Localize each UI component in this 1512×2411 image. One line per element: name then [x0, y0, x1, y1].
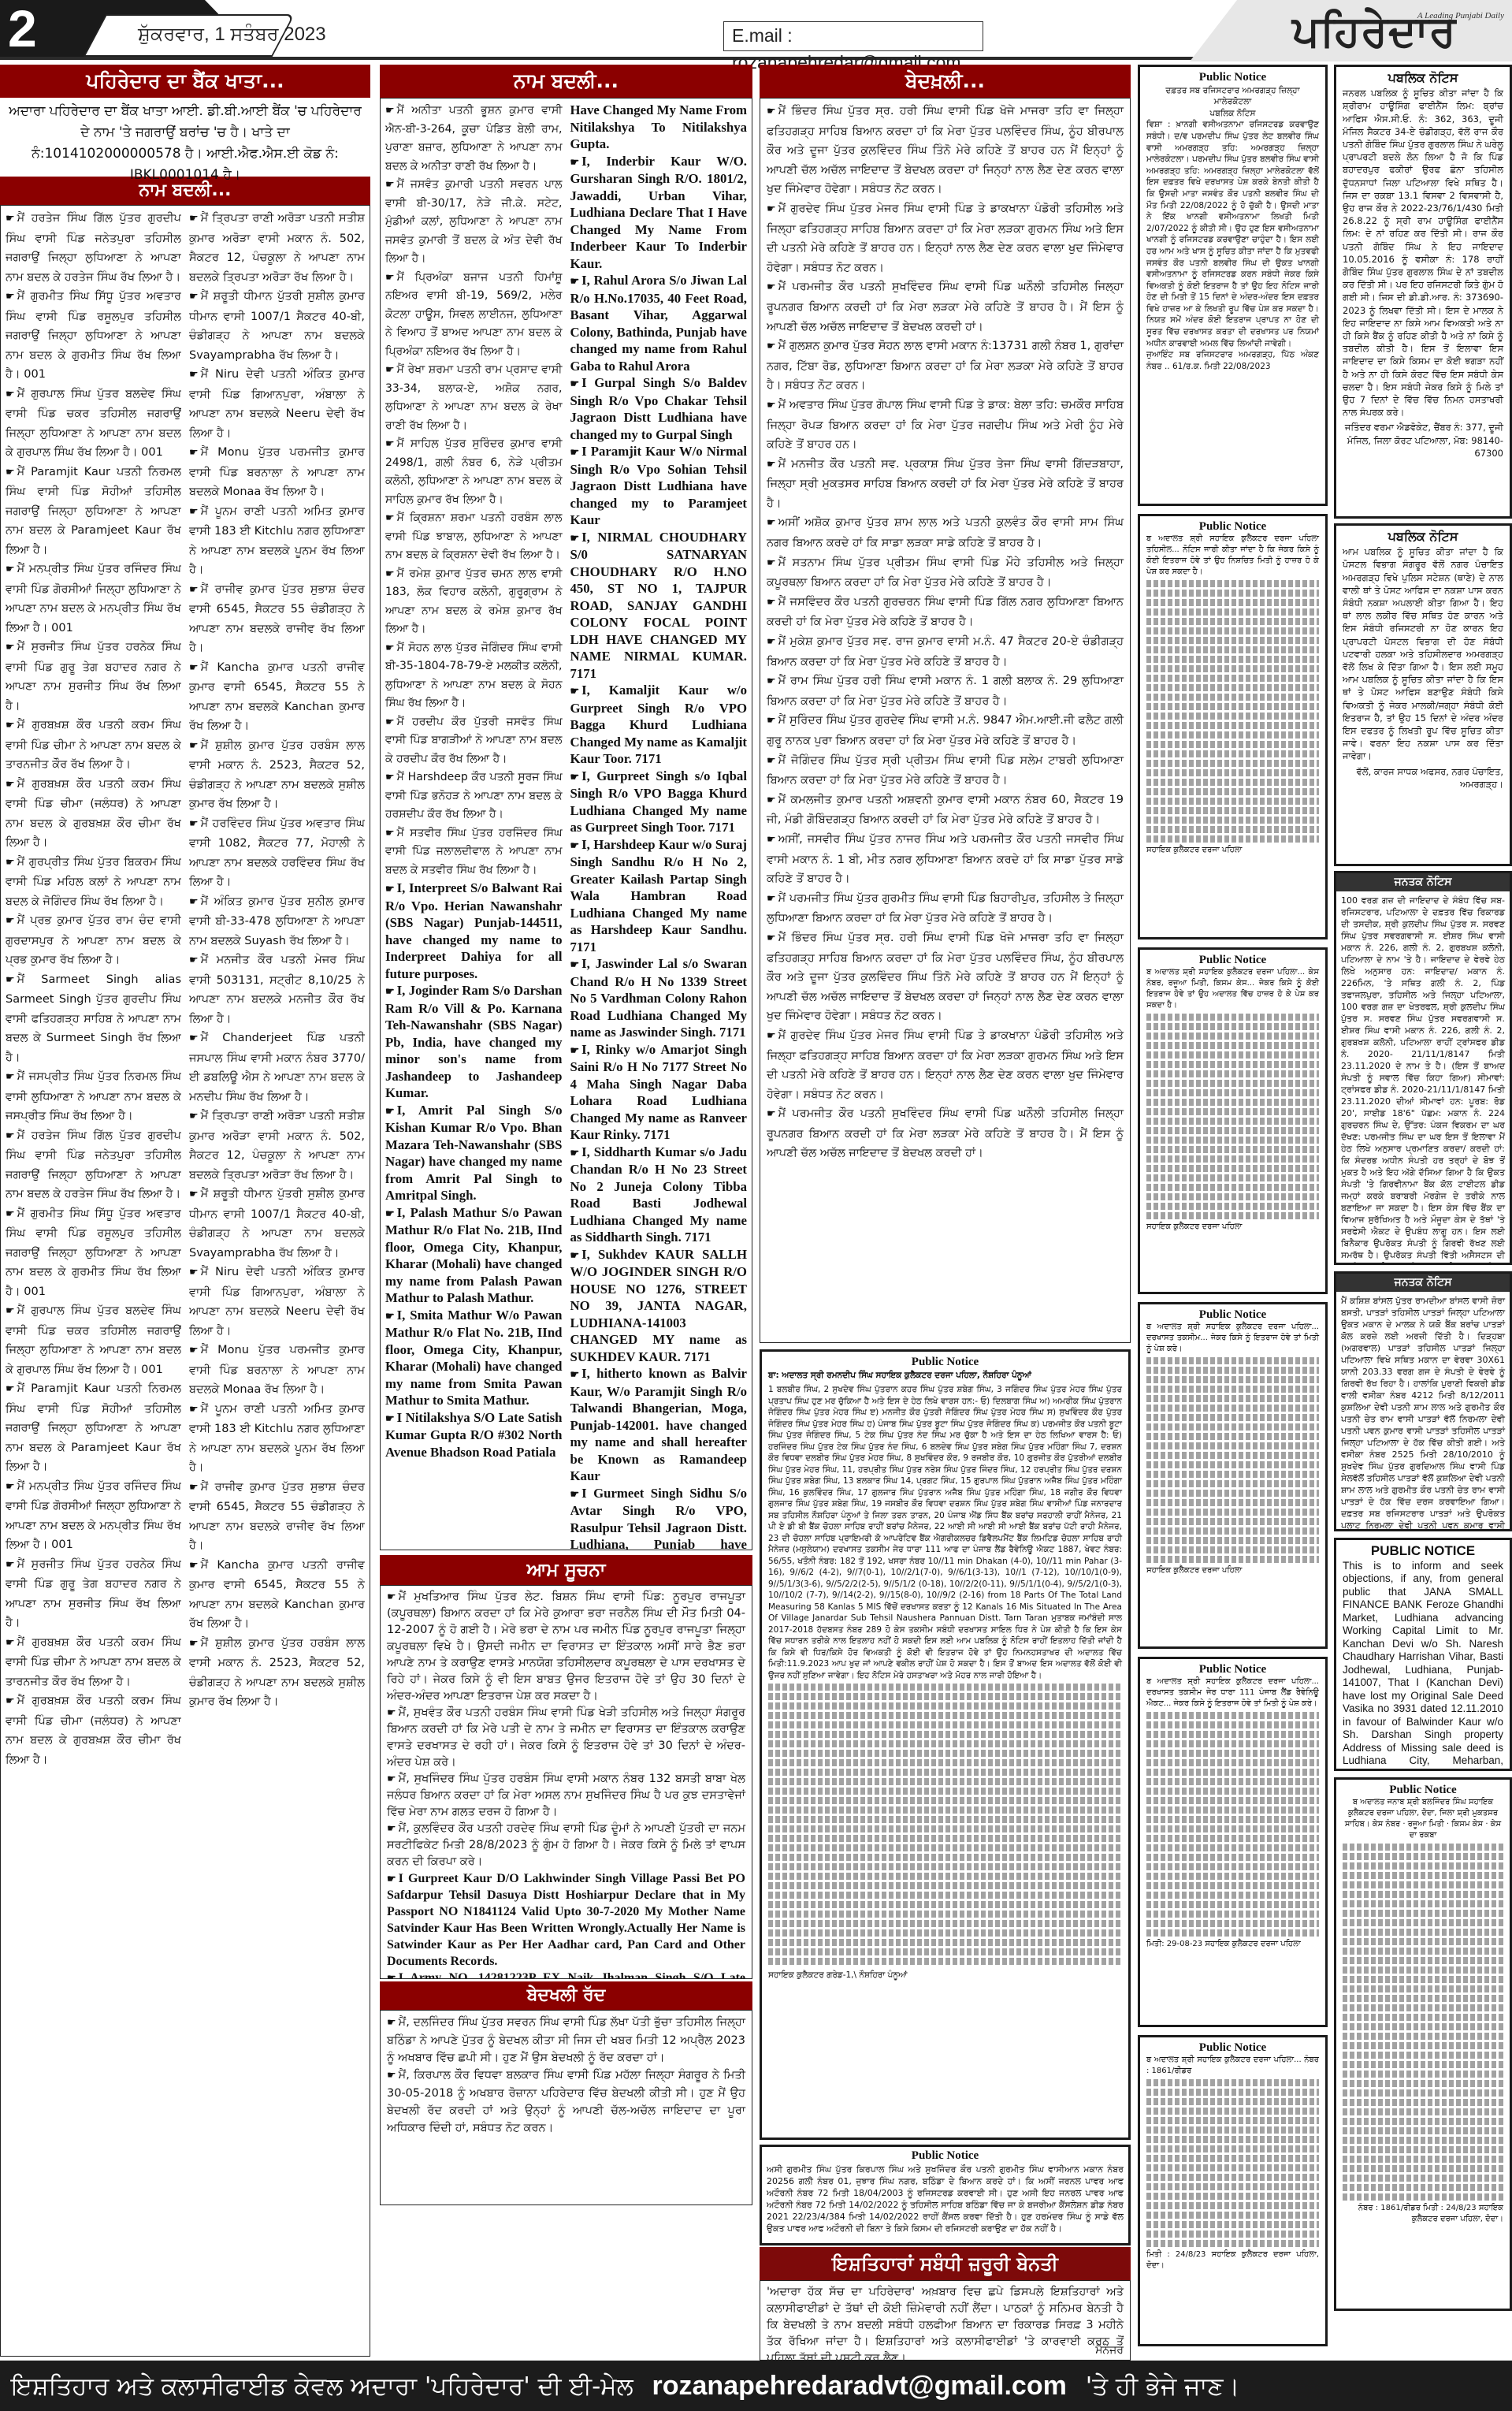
notice-title: PUBLIC NOTICE — [1343, 1545, 1503, 1558]
pointing-hand-icon: ☛ — [189, 369, 199, 381]
pointing-hand-icon: ☛ — [385, 272, 395, 284]
pointing-hand-icon: ☛ — [767, 203, 776, 215]
ads-request-body: 'ਅਦਾਰਾ ਹੱਕ ਸੱਚ ਦਾ ਪਹਿਰੇਦਾਰ' ਅਖ਼ਬਾਰ ਵਿਚ ਛ… — [767, 2284, 1124, 2361]
list-item: ☛ਮੈਂ Paramjit Kaur ਪਤਨੀ ਨਿਰਮਲ ਸਿੰਘ ਵਾਸੀ … — [6, 1379, 181, 1477]
ads-email-link[interactable]: rozanapehredaradvt@gmail.com — [652, 2371, 1067, 2401]
pointing-hand-icon: ☛ — [189, 662, 199, 674]
list-item: ☛ਮੈਂ ਗੁਰਪਾਲ ਸਿੰਘ ਪੁੱਤਰ ਬਲਦੇਵ ਸਿੰਘ ਵਾਸੀ ਪ… — [6, 385, 181, 463]
list-item: ☛ਮੈਂ ਸਤਨਾਮ ਸਿੰਘ ਪੁੱਤਰ ਪ੍ਰੀਤਮ ਸਿੰਘ ਵਾਸੀ ਪ… — [767, 553, 1124, 593]
name-change-center-box: ☛ਮੈਂ ਅਨੀਤਾ ਪਤਨੀ ਭੂਸ਼ਨ ਕੁਮਾਰ ਵਾਸੀ ਐਨ-ਬੀ-3… — [380, 98, 752, 1550]
list-item: ☛ਮੈਂ ਪ੍ਰਭ ਕੁਮਾਰ ਪੁੱਤਰ ਰਾਮ ਚੰਦ ਵਾਸੀ ਗੁਰਦਾ… — [6, 911, 181, 970]
pointing-hand-icon: ☛ — [6, 1071, 15, 1083]
list-item: ☛I, Inderbir Kaur W/O. Gursharan Singh R… — [570, 153, 748, 273]
notice-title: ਪਬਲਿਕ ਨੋਟਿਸ — [1343, 530, 1503, 543]
pointing-hand-icon: ☛ — [189, 1404, 199, 1416]
notice-subtitle-2: ਪਬਲਿਕ ਨੋਟਿਸ — [1146, 108, 1319, 120]
list-item: ☛ਮੈਂ ਸ਼ਰੂਤੀ ਧੀਮਾਨ ਪੁੱਤਰੀ ਸੁਸ਼ੀਲ ਕੁਮਾਰ ਧੀ… — [189, 1185, 365, 1263]
notice-title: Public Notice — [1146, 1309, 1319, 1320]
list-item: ☛ਮੈਂ Sarmeet Singh alias Sarmeet Singh ਪ… — [6, 970, 181, 1068]
pointing-hand-icon: ☛ — [570, 1044, 580, 1056]
pointing-hand-icon: ☛ — [6, 1305, 15, 1317]
pointing-hand-icon: ☛ — [6, 1637, 15, 1649]
list-item: ☛ਮੈਂ ਗੁਰਪਾਲ ਸਿੰਘ ਪੁੱਤਰ ਬਲਦੇਵ ਸਿੰਘ ਵਾਸੀ ਪ… — [6, 1301, 181, 1379]
center-column: ਨਾਮ ਬਦਲੀ... ☛ਮੈਂ ਅਨੀਤਾ ਪਤਨੀ ਭੂਸ਼ਨ ਕੁਮਾਰ … — [380, 65, 752, 2205]
list-item: ☛I, Gurpreet Singh s/o Iqbal Singh R/o V… — [570, 768, 748, 836]
pointing-hand-icon: ☛ — [570, 771, 580, 783]
notice-subtitle: ਦਫ਼ਤਰ ਸਬ ਰਜਿਸਟਰਾਰ ਅਮਰਗੜ੍ਹ ਜ਼ਿਲ੍ਹਾ ਮਾਲੇਰਕ… — [1146, 85, 1319, 108]
notice-title: Public Notice — [1146, 72, 1319, 84]
pointing-hand-icon: ☛ — [6, 642, 15, 653]
notice-title: Public Notice — [1146, 521, 1319, 532]
disown-cancel-box: ☛ਮੈਂ, ਦਲਜਿੰਦਰ ਸਿੰਘ ਪੁੱਤਰ ਸਵਰਨ ਸਿੰਘ ਵਾਸੀ … — [380, 2010, 752, 2205]
pointing-hand-icon: ☛ — [385, 716, 395, 728]
list-item: ☛ਮੈਂ ਰਾਜੀਵ ਕੁਮਾਰ ਪੁੱਤਰ ਸੁਭਾਸ਼ ਚੰਦਰ ਵਾਸੀ … — [189, 580, 365, 658]
name-change-left-box: ☛ਮੈਂ ਹਰਤੇਜ ਸਿੰਘ ਗਿੱਲ ਪੁੱਤਰ ਗੁਰਦੀਪ ਸਿੰਘ ਵ… — [0, 205, 370, 2357]
list-item: ☛ਮੈਂ ਜਸਵੰਤ ਕੁਮਾਰੀ ਪਤਨੀ ਸਵਰਨ ਪਾਲ ਵਾਸੀ ਬੀ-… — [385, 176, 563, 269]
notice-signature: ਜੁਆਇੰਟ ਸਬ ਰਜਿਸਟਰਾਰ ਅਮਰਗੜ੍ਹ, ਪਿੱਠ ਅੰਕਣ ਨੰ… — [1146, 349, 1319, 372]
list-item: ☛ਮੈਂ Kancha ਕੁਮਾਰ ਪਤਨੀ ਰਾਜੀਵ ਕੁਮਾਰ ਵਾਸੀ … — [189, 658, 365, 736]
list-item: ☛ਮੈਂ ਕ੍ਰਿਸ਼ਨਾ ਸ਼ਰਮਾ ਪਤਨੀ ਹਰਬੰਸ ਲਾਲ ਵਾਸੀ … — [385, 509, 563, 565]
list-item: ☛ਮੈਂ Harshdeep ਕੌਰ ਪਤਨੀ ਸੂਰਜ ਸਿੰਘ ਵਾਸੀ ਪ… — [385, 768, 563, 824]
pointing-hand-icon: ☛ — [6, 1208, 15, 1220]
masthead: 2 ਸ਼ੁੱਕਰਵਾਰ, 1 ਸਤੰਬਰ 2023 E.mail : rozan… — [0, 0, 1512, 61]
list-item: ☛ਮੈਂ ਅੰਕਿਤ ਕੁਮਾਰ ਪੁੱਤਰ ਸੁਨੀਲ ਕੁਮਾਰ ਵਾਸੀ … — [189, 892, 365, 951]
masthead-rule — [0, 57, 1229, 60]
list-item: ☛ਮੈਂ ਪਰਮਜੀਤ ਕੌਰ ਪਤਨੀ ਸੁਖਵਿੰਦਰ ਸਿੰਘ ਵਾਸੀ … — [767, 277, 1124, 337]
pointing-hand-icon: ☛ — [189, 1267, 199, 1278]
pointing-hand-icon: ☛ — [189, 818, 199, 830]
list-item: ☛I, Palash Mathur S/o Pawan Mathur R/o F… — [385, 1204, 563, 1307]
notices-column-5: ਪਬਲਿਕ ਨੋਟਿਸ ਜਨਰਲ ਪਬਲਿਕ ਨੂੰ ਸੂਚਿਤ ਕੀਤਾ ਜਾ… — [1334, 65, 1512, 2311]
list-item: ☛ਮੈਂ ਜਸਪ੍ਰੀਤ ਸਿੰਘ ਪੁੱਤਰ ਨਿਰਮਲ ਸਿੰਘ ਵਾਸੀ … — [6, 1067, 181, 1126]
disown-cancel-heading: ਬੇਦਖਲੀ ਰੱਦ — [380, 1981, 752, 2010]
name-change-center-col2: Have Changed My Name From Nitilakshya To… — [570, 102, 748, 1550]
footer-text-after: 'ਤੇ ਹੀ ਭੇਜੇ ਜਾਣ। — [1086, 2372, 1240, 2401]
pointing-hand-icon: ☛ — [387, 1823, 396, 1835]
pointing-hand-icon: ☛ — [6, 720, 15, 731]
list-item: ☛ਮੈਂ ਮਨਪ੍ਰੀਤ ਸਿੰਘ ਪੁੱਤਰ ਰਜਿੰਦਰ ਸਿੰਘ ਵਾਸੀ… — [6, 560, 181, 638]
list-item: ☛ਮੈਂ ਮਨਜੀਤ ਕੌਰ ਪਤਨੀ ਮੇਜਰ ਸਿੰਘ ਵਾਸੀ 50313… — [189, 951, 365, 1029]
list-item: ☛I, NIRMAL CHOUDHARY S/0 SATNARYAN CHOUD… — [570, 529, 748, 683]
bank-account-text: ਅਦਾਰਾ ਪਹਿਰੇਦਾਰ ਦਾ ਬੈਂਕ ਖਾਤਾ ਆਈ. ਡੀ.ਬੀ.ਆਈ… — [0, 98, 370, 177]
notice-body: This is to inform and seek objections, i… — [1343, 1560, 1503, 1772]
list-item: ☛ਮੈਂ ਗੁਰਬਖ਼ਸ਼ ਕੌਰ ਪਤਨੀ ਕਰਮ ਸਿੰਘ ਵਾਸੀ ਪਿੰ… — [6, 716, 181, 775]
footer-banner: ਇਸ਼ਤਿਹਾਰ ਅਤੇ ਕਲਾਸੀਫਾਈਡ ਕੇਵਲ ਅਦਾਰਾ 'ਪਹਿਰੇ… — [0, 2361, 1512, 2411]
list-item: ☛I Nitilakshya S/O Late Satish Kumar Gup… — [385, 1409, 563, 1461]
pointing-hand-icon: ☛ — [385, 438, 395, 450]
list-item: ☛I Paramjit Kaur W/o Nirmal Singh R/o Vp… — [570, 443, 748, 529]
pointing-hand-icon: ☛ — [6, 1130, 15, 1142]
list-item: ☛ਮੈਂ ਤ੍ਰਿਪਤਾ ਰਾਣੀ ਅਰੋੜਾ ਪਤਨੀ ਸਤੀਸ਼ ਕੁਮਾਰ… — [189, 209, 365, 287]
list-item: ☛ਮੈਂ ਪੂਨਮ ਰਾਣੀ ਪਤਨੀ ਅਮਿਤ ਕੁਮਾਰ ਵਾਸੀ 183 … — [189, 1400, 365, 1478]
notice-signature: ਮਿਤੀ: 29-08-23 ਸਹਾਇਕ ਕੁਲੈਕਟਰ ਦਰਜਾ ਪਹਿਲਾ — [1146, 1939, 1319, 1950]
notices-column-4: Public Notice ਦਫ਼ਤਰ ਸਬ ਰਜਿਸਟਰਾਰ ਅਮਰਗੜ੍ਹ … — [1138, 65, 1328, 2346]
pointing-hand-icon: ☛ — [189, 291, 199, 303]
general-notice-heading: ਆਮ ਸੂਚਨਾ — [380, 1555, 752, 1585]
pointing-hand-icon: ☛ — [767, 794, 776, 806]
notice-title: Public Notice — [1146, 2042, 1319, 2053]
list-item: ☛ਮੈਂ ਜਸਵਿੰਦਰ ਕੌਰ ਪਤਨੀ ਗੁਰਚਰਨ ਸਿੰਘ ਵਾਸੀ ਪ… — [767, 593, 1124, 632]
list-item: ☛I Gurpal Singh S/o Baldev Singh R/o Vpo… — [570, 374, 748, 443]
pointing-hand-icon: ☛ — [6, 1695, 15, 1707]
list-item: ☛ਮੈਂ ਮਨਜੀਤ ਕੌਰ ਪਤਨੀ ਸਵ. ਪ੍ਰਕਾਸ਼ ਸਿੰਘ ਪੁੱ… — [767, 455, 1124, 514]
pointing-hand-icon: ☛ — [385, 772, 395, 783]
notice-body: ਆਮ ਪਬਲਿਕ ਨੂੰ ਸੂਚਿਤ ਕੀਤਾ ਜਾਂਦਾ ਹੈ ਕਿ ਪੋਸਟ… — [1343, 545, 1503, 762]
pointing-hand-icon: ☛ — [767, 340, 776, 352]
pointing-hand-icon: ☛ — [387, 1773, 396, 1785]
pointing-hand-icon: ☛ — [570, 1249, 580, 1261]
notice-body: 1 ਬਲਬੀਰ ਸਿੰਘ, 2 ਸੁਖਦੇਵ ਸਿੰਘ ਪੁੱਤਰਾਨ ਕਹਰ … — [768, 1384, 1122, 1681]
list-item: ☛ਮੈਂ ਹਰਦੀਪ ਕੌਰ ਪੁੱਤਰੀ ਜਸਵੰਤ ਸਿੰਘ ਵਾਸੀ ਪਿ… — [385, 713, 563, 769]
pointing-hand-icon: ☛ — [767, 281, 776, 293]
public-notice-3: Public Notice ਬ ਅਦਾਲਤ ਸ਼੍ਰੀ ਸਹਾਇਕ ਕੁਲੈਕਟ… — [1138, 947, 1328, 1294]
power-of-attorney-notice: Public Notice ਅਸੀ ਗੁਰਮੀਤ ਸਿੰਘ ਪੁੱਤਰ ਕਿਰਪ… — [760, 2145, 1131, 2245]
disown-box: ☛ਮੈਂ ਭਿੰਦਰ ਸਿੰਘ ਪੁੱਤਰ ਸ੍ਰ. ਹਰੀ ਸਿੰਘ ਵਾਸੀ… — [760, 98, 1131, 1343]
notice-title: Public Notice — [1146, 954, 1319, 966]
notice-signature: ਮਿਤੀ : 24/8/23 ਸਹਾਇਕ ਕੁਲੈਕਟਰ ਦਰਜਾ ਪਹਿਲਾ,… — [1146, 2249, 1319, 2271]
pointing-hand-icon: ☛ — [767, 597, 776, 608]
list-item: ☛ਮੈਂ ਹਰਤੇਜ ਸਿੰਘ ਗਿੱਲ ਪੁੱਤਰ ਗੁਰਦੀਪ ਸਿੰਘ ਵ… — [6, 209, 181, 287]
pointing-hand-icon: ☛ — [767, 755, 776, 767]
list-item: ☛ਮੈਂ ਤ੍ਰਿਪਤਾ ਰਾਣੀ ਅਰੋੜਾ ਪਤਨੀ ਸਤੀਸ਼ ਕੁਮਾਰ… — [189, 1107, 365, 1185]
list-item: ☛ਮੈਂ, ਦਲਜਿੰਦਰ ਸਿੰਘ ਪੁੱਤਰ ਸਵਰਨ ਸਿੰਘ ਵਾਸੀ … — [387, 2014, 745, 2067]
list-item: ☛ਮੈਂ Monu ਪੁੱਤਰ ਪਰਮਜੀਤ ਕੁਮਾਰ ਵਾਸੀ ਪਿੰਡ ਬ… — [189, 1341, 365, 1400]
list-item: ☛ਮੈਂ ਸ਼ੁਸ਼ੀਲ ਕੁਮਾਰ ਪੁੱਤਰ ਹਰਬੰਸ ਲਾਲ ਵਾਸੀ … — [189, 736, 365, 814]
list-item: ☛ਮੈਂ ਗੁਰਬਖ਼ਸ਼ ਕੌਰ ਪਤਨੀ ਕਰਮ ਸਿੰਘ ਵਾਸੀ ਪਿੰ… — [6, 1633, 181, 1692]
ads-request-box: 'ਅਦਾਰਾ ਹੱਕ ਸੱਚ ਦਾ ਪਹਿਰੇਦਾਰ' ਅਖ਼ਬਾਰ ਵਿਚ ਛ… — [760, 2280, 1131, 2361]
pointing-hand-icon: ☛ — [6, 291, 15, 303]
list-item: ☛ਮੈਂ ਪਰਮਜੀਤ ਸਿੰਘ ਪੁੱਤਰ ਗੁਰਮੀਤ ਸਿੰਘ ਵਾਸੀ … — [767, 889, 1124, 928]
name-change-center-col1: ☛ਮੈਂ ਅਨੀਤਾ ਪਤਨੀ ਭੂਸ਼ਨ ਕੁਮਾਰ ਵਾਸੀ ਐਨ-ਬੀ-3… — [385, 102, 563, 1550]
notice-signature: ਵੱਲੋਂ, ਕਾਰਜ ਸਾਧਕ ਅਫਸਰ, ਨਗਰ ਪੰਚਾਇਤ, ਅਮਰਗੜ… — [1343, 765, 1503, 791]
list-item: ☛I, hitherto known as Balvir Kaur, W/o P… — [570, 1365, 748, 1485]
list-item: ☛ਮੈਂ ਭਿੰਦਰ ਸਿੰਘ ਪੁੱਤਰ ਸ੍ਰ. ਹਰੀ ਸਿੰਘ ਵਾਸੀ… — [767, 102, 1124, 199]
list-item: ☛ਮੈਂ ਰਮੇਸ਼ ਕੁਮਾਰ ਪੁੱਤਰ ਚਮਨ ਲਾਲ ਵਾਸੀ 183,… — [385, 565, 563, 639]
notice-title: Public Notice — [1146, 1664, 1319, 1675]
notice-header: ਬਾ: ਅਦਾਲਤ ਸ੍ਰੀ ਰਮਨਦੀਪ ਸਿੰਘ ਸਹਾਇਕ ਕੁਲੈਕਟਰ… — [768, 1370, 1122, 1382]
notice-body: ਵਿਸ਼ਾ : ਖ਼ਾਨਗੀ ਵਸੀਅਤਨਾਮਾ ਰਜਿਸਟਰਡ ਕਰਵਾਉਣ … — [1146, 119, 1319, 349]
pointing-hand-icon: ☛ — [189, 213, 199, 225]
page-number: 2 — [8, 2, 37, 55]
pointing-hand-icon: ☛ — [6, 389, 15, 400]
pointing-hand-icon: ☛ — [570, 1147, 580, 1159]
pointing-hand-icon: ☛ — [767, 106, 776, 117]
list-item: ☛I, Sukhdev KAUR SALLH W/O JOGINDER SING… — [570, 1246, 748, 1366]
general-notice-box: ☛ਮੈਂ ਮੁਖਤਿਆਰ ਸਿੰਘ ਪੁੱਤਰ ਲੇਟ. ਬਿਸ਼ਨ ਸਿੰਘ … — [380, 1585, 752, 1979]
public-notice-lost-sale-deed-patran: ਜਨਤਕ ਨੋਟਿਸ ਮੈਂ ਕਸ਼ਿਸ਼ ਬਾਂਸਲ ਪੁੱਤਰ ਰਾਮਦੀਆ… — [1334, 1271, 1512, 1531]
editorial-email[interactable]: E.mail : rozanapehredar@gmail.com — [723, 21, 983, 51]
notice-body: ਜਨਰਲ ਪਬਲਿਕ ਨੂੰ ਸੂਚਿਤ ਕੀਤਾ ਜਾਂਦਾ ਹੈ ਕਿ ਸ਼… — [1343, 87, 1503, 419]
list-item: ☛I, Kamaljit Kaur w/o Gurpreet Singh R/o… — [570, 682, 748, 768]
pointing-hand-icon: ☛ — [385, 642, 395, 654]
pointing-hand-icon: ☛ — [189, 896, 199, 908]
pointing-hand-icon: ☛ — [189, 1345, 199, 1356]
pointing-hand-icon: ☛ — [387, 1873, 396, 1885]
list-item: ☛ਮੈਂ ਪ੍ਰਿਅੰਕਾ ਬਜਾਜ ਪਤਨੀ ਹਿਮਾਂਸ਼ੂ ਨਇਅਰ ਵਾ… — [385, 269, 563, 362]
notice-body: ਅਸੀ ਗੁਰਮੀਤ ਸਿੰਘ ਪੁੱਤਰ ਕਿਰਪਾਲ ਸਿੰਘ ਅਤੇ ਸੁ… — [767, 2164, 1124, 2234]
list-item: ☛ਮੈਂ ਸੁਰਜੀਤ ਸਿੰਘ ਪੁੱਤਰ ਹਰਨੇਕ ਸਿੰਘ ਵਾਸੀ ਪ… — [6, 1555, 181, 1633]
pointing-hand-icon: ☛ — [189, 1111, 199, 1122]
list-item: ☛ਮੈਂ ਕਮਲਜੀਤ ਕੁਮਾਰ ਪਤਨੀ ਅਸ਼ਵਨੀ ਕੁਮਾਰ ਵਾਸੀ… — [767, 791, 1124, 830]
footer-text-before: ਇਸ਼ਤਿਹਾਰ ਅਤੇ ਕਲਾਸੀਫਾਈਡ ਕੇਵਲ ਅਦਾਰਾ 'ਪਹਿਰੇ… — [11, 2372, 633, 2401]
pointing-hand-icon: ☛ — [767, 636, 776, 648]
pbl-notice-postal-dept: ਪਬਲਿਕ ਨੋਟਿਸ ਆਮ ਪਬਲਿਕ ਨੂੰ ਸੂਚਿਤ ਕੀਤਾ ਜਾਂਦ… — [1334, 523, 1512, 866]
list-item: ☛ਮੈਂ Chanderjeet ਪਿੰਡ ਪਤਨੀ ਜਸਪਾਲ ਸਿੰਘ ਵਾ… — [189, 1029, 365, 1107]
bank-account-heading: ਪਹਿਰੇਦਾਰ ਦਾ ਬੈਂਕ ਖਾਤਾ... — [0, 65, 370, 98]
list-item: ☛ਮੈਂ Niru ਦੇਵੀ ਪਤਨੀ ਅੰਕਿਤ ਕੁਮਾਰ ਵਾਸੀ ਪਿੰ… — [189, 365, 365, 443]
list-item: ☛ਮੈਂ ਸੁਰਜੀਤ ਸਿੰਘ ਪੁੱਤਰ ਹਰਨੇਕ ਸਿੰਘ ਵਾਸੀ ਪ… — [6, 638, 181, 716]
notice-body: ਮੈਂ ਕਸ਼ਿਸ਼ ਬਾਂਸਲ ਪੁੱਤਰ ਰਾਮਦੀਆ ਬਾਂਸਲ ਵਾਸੀ… — [1336, 1292, 1510, 1531]
public-notice-5: Public Notice ਬ ਅਦਾਲਤ ਸ਼੍ਰੀ ਸਹਾਇਕ ਕੁਲੈਕਟ… — [1138, 1657, 1328, 2027]
notice-signature: ਸਹਾਇਕ ਕੁਲੈਕਟਰ ਦਰਜਾ ਪਹਿਲਾ — [1146, 1565, 1319, 1576]
pointing-hand-icon: ☛ — [385, 105, 395, 117]
pointing-hand-icon: ☛ — [385, 568, 395, 580]
pointing-hand-icon: ☛ — [767, 1108, 776, 1120]
public-notice-6: Public Notice ਬ ਅਦਾਲਤ ਸ਼੍ਰੀ ਸਹਾਇਕ ਕੁਲੈਕਟ… — [1138, 2035, 1328, 2346]
notice-body: 100 ਵਰਗ ਗਜ਼ ਦੀ ਜਾਇਦਾਦ ਦੇ ਸੰਬੰਧ ਵਿੱਚ ਸਬ-ਰ… — [1336, 891, 1510, 1265]
notice-title: Public Notice — [768, 1356, 1122, 1368]
pointing-hand-icon: ☛ — [6, 779, 15, 791]
pointing-hand-icon: ☛ — [189, 954, 199, 966]
list-item: ☛ਅਸੀਂ, ਜਸਵੀਰ ਸਿੰਘ ਪੁੱਤਰ ਨਾਜਰ ਸਿੰਘ ਅਤੇ ਪਰ… — [767, 830, 1124, 889]
list-item: ☛ਮੈਂ ਹਰਵਿੰਦਰ ਸਿੰਘ ਪੁੱਤਰ ਅਵਤਾਰ ਸਿੰਘ ਵਾਸੀ … — [189, 814, 365, 892]
public-notice-4: Public Notice ਬ ਅਦਾਲਤ ਸ਼੍ਰੀ ਸਹਾਇਕ ਕੁਲੈਕਟ… — [1138, 1302, 1328, 1649]
notice-title: Public Notice — [767, 2150, 1124, 2162]
pointing-hand-icon: ☛ — [767, 557, 776, 569]
notice-title: ਜਨਤਕ ਨੋਟਿਸ — [1336, 873, 1510, 891]
notice-title: ਪਬਲਿਕ ਨੋਟਿਸ — [1343, 72, 1503, 84]
left-column: ਪਹਿਰੇਦਾਰ ਦਾ ਬੈਂਕ ਖਾਤਾ... ਅਦਾਰਾ ਪਹਿਰੇਦਾਰ … — [0, 65, 370, 2357]
list-item: ☛I, Amrit Pal Singh S/o Kishan Kumar R/o… — [385, 1102, 563, 1204]
pointing-hand-icon: ☛ — [387, 1972, 396, 1979]
list-item: ☛ਮੈਂ, ਕੁਲਵਿੰਦਰ ਕੌਰ ਪਤਨੀ ਹਰਦੇਵ ਸਿੰਘ ਵਾਸੀ … — [387, 1821, 745, 1870]
list-item: ☛ਅਸੀਂ ਅਸ਼ੋਕ ਕੁਮਾਰ ਪੁੱਤਰ ਸ਼ਾਮ ਲਾਲ ਅਤੇ ਪਤਨ… — [767, 513, 1124, 553]
pointing-hand-icon: ☛ — [385, 1412, 395, 1424]
list-item: ☛ਮੈਂ ਗੁਰਮੀਤ ਸਿੰਘ ਸਿੱਧੂ ਪੁੱਤਰ ਅਵਤਾਰ ਸਿੰਘ … — [6, 1204, 181, 1302]
list-item: ☛I Gurpreet Kaur D/O Lakhwinder Singh Vi… — [387, 1870, 745, 1970]
public-notice-jana-bank: PUBLIC NOTICE This is to inform and seek… — [1334, 1538, 1512, 1771]
name-change-left-col1: ☛ਮੈਂ ਹਰਤੇਜ ਸਿੰਘ ਗਿੱਲ ਪੁੱਤਰ ਗੁਰਦੀਪ ਸਿੰਘ ਵ… — [6, 209, 181, 1769]
pointing-hand-icon: ☛ — [570, 446, 580, 458]
list-item: ☛I, Rinky w/o Amarjot Singh Saini R/o H … — [570, 1041, 748, 1144]
list-item: ☛I, Jaswinder Lal s/o Swaran Chand R/o H… — [570, 955, 748, 1041]
pointing-hand-icon: ☛ — [189, 740, 199, 752]
notice-signature: ਨੰਬਰ : 1861/ਰੀਡਰ ਮਿਤੀ : 24/8/23 ਸਹਾਇਕ ਕੁ… — [1343, 2203, 1503, 2225]
notice-body: ਬ ਅਦਾਲਤ ਸ਼੍ਰੀ ਸਹਾਇਕ ਕੁਲੈਕਟਰ ਦਰਜਾ ਪਹਿਲਾ ਤ… — [1146, 534, 1319, 578]
list-item: ☛ਮੈਂ ਗੁਰਮੀਤ ਸਿੰਘ ਸਿੱਧੂ ਪੁੱਤਰ ਅਵਤਾਰ ਸਿੰਘ … — [6, 287, 181, 385]
list-item: ☛ਮੈਂ ਹਰਤੇਜ ਸਿੰਘ ਗਿੱਲ ਪੁੱਤਰ ਗੁਰਦੀਪ ਸਿੰਘ ਵ… — [6, 1126, 181, 1204]
pointing-hand-icon: ☛ — [385, 883, 395, 895]
list-item: ☛ਮੈਂ ਪੂਨਮ ਰਾਣੀ ਪਤਨੀ ਅਮਿਤ ਕੁਮਾਰ ਵਾਸੀ 183 … — [189, 502, 365, 580]
issue-date: ਸ਼ੁੱਕਰਵਾਰ, 1 ਸਤੰਬਰ 2023 — [138, 24, 326, 46]
list-item: ☛ਮੈਂ ਸੋਹਨ ਲਾਲ ਪੁੱਤਰ ਜੋਗਿੰਦਰ ਸਿੰਘ ਵਾਸੀ ਬੀ… — [385, 639, 563, 713]
public-notice-will-registration: Public Notice ਦਫ਼ਤਰ ਸਬ ਰਜਿਸਟਰਾਰ ਅਮਰਗੜ੍ਹ … — [1138, 65, 1328, 506]
list-item: ☛ਮੈਂ ਗੁਰਦੇਵ ਸਿੰਘ ਪੁੱਤਰ ਮੇਜਰ ਸਿੰਘ ਵਾਸੀ ਪਿ… — [767, 199, 1124, 277]
pointing-hand-icon: ☛ — [570, 685, 580, 697]
disown-heading: ਬੇਦਖ਼ਲੀ... — [760, 65, 1131, 98]
list-item: ☛ਮੈਂ ਗੁਰਬਖ਼ਸ਼ ਕੌਰ ਪਤਨੀ ਕਰਮ ਸਿੰਘ ਵਾਸੀ ਪਿੰ… — [6, 775, 181, 853]
pointing-hand-icon: ☛ — [387, 1707, 396, 1719]
list-item: ☛ਮੈਂ Kancha ਕੁਮਾਰ ਪਤਨੀ ਰਾਜੀਵ ਕੁਮਾਰ ਵਾਸੀ … — [189, 1556, 365, 1634]
name-change-heading-left: ਨਾਮ ਬਦਲੀ... — [0, 177, 370, 205]
list-item: ☛ਮੈਂ ਮੁਕੇਸ਼ ਕੁਮਾਰ ਪੁੱਤਰ ਸਵ. ਰਾਜ ਕੁਮਾਰ ਵਾ… — [767, 632, 1124, 672]
list-item: ☛I, Harshdeep Kaur w/o Suraj Singh Sandh… — [570, 836, 748, 956]
pointing-hand-icon: ☛ — [767, 517, 776, 529]
notice-body: ਬ ਅਦਾਲਤ ਸ਼੍ਰੀ ਸਹਾਇਕ ਕੁਲੈਕਟਰ ਦਰਜਾ ਪਹਿਲਾ..… — [1146, 1676, 1319, 1710]
pointing-hand-icon: ☛ — [189, 1032, 199, 1044]
list-item: ☛ਮੈਂ ਜੋਗਿੰਦਰ ਸਿੰਘ ਪੁੱਤਰ ਸ੍ਰੀ ਪ੍ਰੀਤਮ ਸਿੰਘ… — [767, 751, 1124, 791]
notice-title: ਜਨਤਕ ਨੋਟਿਸ — [1336, 1274, 1510, 1292]
name-change-heading-center: ਨਾਮ ਬਦਲੀ... — [380, 65, 752, 98]
pointing-hand-icon: ☛ — [767, 715, 776, 727]
list-item: ☛ਮੈਂ ਸਤਵੀਰ ਸਿੰਘ ਪੁੱਤਰ ਹਰਜਿੰਦਰ ਸਿੰਘ ਵਾਸੀ … — [385, 824, 563, 880]
pointing-hand-icon: ☛ — [189, 506, 199, 518]
disown-column: ਬੇਦਖ਼ਲੀ... ☛ਮੈਂ ਭਿੰਦਰ ਸਿੰਘ ਪੁੱਤਰ ਸ੍ਰ. ਹਰ… — [760, 65, 1131, 2361]
pointing-hand-icon: ☛ — [387, 1591, 396, 1603]
list-item: ☛ਮੈਂ Niru ਦੇਵੀ ਪਤਨੀ ਅੰਕਿਤ ਕੁਮਾਰ ਵਾਸੀ ਪਿੰ… — [189, 1263, 365, 1341]
public-notice-canara-bank: ਜਨਤਕ ਨੋਟਿਸ 100 ਵਰਗ ਗਜ਼ ਦੀ ਜਾਇਦਾਦ ਦੇ ਸੰਬੰ… — [1334, 871, 1512, 1265]
notice-signature: ਸਹਾਇਕ ਕੁਲੈਕਟਰ ਦਰਜਾ ਪਹਿਲਾ — [1146, 1222, 1319, 1233]
list-item: ☛I, Joginder Ram S/o Darshan Ram R/o Vil… — [385, 982, 563, 1102]
list-item: ☛ਮੈਂ, ਕਿਰਪਾਲ ਕੌਰ ਵਿਧਵਾ ਬਲਕਾਰ ਸਿੰਘ ਵਾਸੀ ਪ… — [387, 2067, 745, 2137]
pointing-hand-icon: ☛ — [6, 467, 15, 478]
notice-body: ਬ ਅਦਾਲਤ ਸ਼੍ਰੀ ਸਹਾਇਕ ਕੁਲੈਕਟਰ ਦਰਜਾ ਪਹਿਲਾ..… — [1146, 967, 1319, 1011]
pointing-hand-icon: ☛ — [189, 584, 199, 596]
list-item: ☛ਮੈਂ ਮੁਖਤਿਆਰ ਸਿੰਘ ਪੁੱਤਰ ਲੇਟ. ਬਿਸ਼ਨ ਸਿੰਘ … — [387, 1589, 745, 1705]
list-item: ☛I, Smita Mathur W/o Pawan Mathur R/o Fl… — [385, 1307, 563, 1409]
list-item: ☛ਮੈਂ ਮਨਪ੍ਰੀਤ ਸਿੰਘ ਪੁੱਤਰ ਰਜਿੰਦਰ ਸਿੰਘ ਵਾਸੀ… — [6, 1477, 181, 1555]
list-item: ☛I, Rahul Arora S/o Jiwan Lal R/o H.No.1… — [570, 272, 748, 374]
list-item: ☛ਮੈਂ ਸਾਹਿਲ ਪੁੱਤਰ ਸੁਰਿੰਦਰ ਕੁਮਾਰ ਵਾਸੀ 2498… — [385, 435, 563, 509]
pointing-hand-icon: ☛ — [385, 985, 395, 997]
list-item: ☛ਮੈਂ, ਸੁਖਜਿੰਦਰ ਸਿੰਘ ਪੁੱਤਰ ਹਰਬੰਸ ਸਿੰਘ ਵਾਸ… — [387, 1771, 745, 1821]
list-item: ☛I Army NO. 14281223P EX Naik Jhalman Si… — [387, 1970, 745, 1979]
list-item: ☛ਮੈਂ Paramjit Kaur ਪਤਨੀ ਨਿਰਮਲ ਸਿੰਘ ਵਾਸੀ … — [6, 463, 181, 560]
pointing-hand-icon: ☛ — [570, 839, 580, 851]
public-notice-2: Public Notice ਬ ਅਦਾਲਤ ਸ਼੍ਰੀ ਸਹਾਇਕ ਕੁਲੈਕਟ… — [1138, 514, 1328, 939]
notice-signature: ਸਹਾਇਕ ਕੁਲੈਕਟਰ ਗਰੇਡ-1,\ ਨੌਸ਼ਹਿਰਾ ਪੰਨੂਆਂ — [768, 1970, 1122, 1981]
pointing-hand-icon: ☛ — [189, 1638, 199, 1650]
list-item: ☛ਮੈਂ ਸ਼ਰੂਤੀ ਧੀਮਾਨ ਪੁੱਤਰੀ ਸੁਸ਼ੀਲ ਕੁਮਾਰ ਧੀ… — [189, 287, 365, 365]
list-item: ☛ਮੈਂ ਰਾਮ ਸਿੰਘ ਪੁੱਤਰ ਹਰੀ ਸਿੰਘ ਵਾਸੀ ਮਕਾਨ ਨ… — [767, 672, 1124, 711]
pointing-hand-icon: ☛ — [570, 1488, 580, 1500]
pointing-hand-icon: ☛ — [6, 857, 15, 869]
pointing-hand-icon: ☛ — [385, 828, 395, 839]
list-item: ☛ਮੈਂ ਭਿੰਦਰ ਸਿੰਘ ਪੁੱਤਰ ਸ੍ਰ. ਹਰੀ ਸਿੰਘ ਵਾਸੀ… — [767, 928, 1124, 1026]
pointing-hand-icon: ☛ — [189, 1189, 199, 1200]
list-item: ☛ਮੈਂ, ਸੁਖਵੰਤ ਕੌਰ ਪਤਨੀ ਹਰਬੰਸ ਸਿੰਘ ਵਾਸੀ ਪਿ… — [387, 1705, 745, 1771]
notice-title: Public Notice — [1343, 1784, 1503, 1795]
pointing-hand-icon: ☛ — [385, 364, 395, 376]
pointing-hand-icon: ☛ — [385, 1105, 395, 1117]
pointing-hand-icon: ☛ — [6, 213, 15, 225]
list-item: ☛I, Interpreet S/o Balwant Rai R/o Vpo. … — [385, 880, 563, 982]
pointing-hand-icon: ☛ — [6, 1559, 15, 1571]
court-public-notice: Public Notice ਬਾ: ਅਦਾਲਤ ਸ੍ਰੀ ਰਮਨਦੀਪ ਸਿੰਘ… — [760, 1349, 1131, 2140]
list-item: ☛ਮੈਂ ਅਵਤਾਰ ਸਿੰਘ ਪੁੱਤਰ ਗੋਪਾਲ ਸਿੰਘ ਵਾਸੀ ਪਿ… — [767, 396, 1124, 455]
pointing-hand-icon: ☛ — [189, 1560, 199, 1572]
list-item: ☛ਮੈਂ ਗੁਰਬਖ਼ਸ਼ ਕੌਰ ਪਤਨੀ ਕਰਮ ਸਿੰਘ ਵਾਸੀ ਪਿੰ… — [6, 1691, 181, 1769]
pointing-hand-icon: ☛ — [570, 532, 580, 544]
ads-request-signature: ਮੈਨੇਜਰ — [1095, 2344, 1124, 2357]
list-item: ☛ਮੈਂ ਪਰਮਜੀਤ ਕੌਰ ਪਤਨੀ ਸੁਖਵਿੰਦਰ ਸਿੰਘ ਵਾਸੀ … — [767, 1104, 1124, 1163]
pointing-hand-icon: ☛ — [767, 400, 776, 411]
notice-body: ਬ ਅਦਾਲਤ ਜਨਾਬ ਸ਼੍ਰੀ ਬਲਜਿੰਦਰ ਸਿੰਘ ਸਹਾਇਕ ਕੁ… — [1343, 1797, 1503, 1841]
pointing-hand-icon: ☛ — [387, 2070, 396, 2082]
notice-signature: ਸਹਾਇਕ ਕੁਲੈਕਟਰ ਦਰਜਾ ਪਹਿਲਾ — [1146, 845, 1319, 856]
pointing-hand-icon: ☛ — [385, 1310, 395, 1322]
list-item: ☛ਮੈਂ ਗੁਰਦੇਵ ਸਿੰਘ ਪੁੱਤਰ ਮੇਜਰ ਸਿੰਘ ਵਾਸੀ ਪਿ… — [767, 1026, 1124, 1104]
pointing-hand-icon: ☛ — [767, 893, 776, 905]
ads-request-heading: ਇਸ਼ਤਿਹਾਰਾਂ ਸਬੰਧੀ ਜ਼ਰੂਰੀ ਬੇਨਤੀ — [760, 2247, 1131, 2280]
pointing-hand-icon: ☛ — [570, 1368, 580, 1380]
notice-body: ਬ ਅਦਾਲਤ ਸ਼੍ਰੀ ਸਹਾਇਕ ਕੁਲੈਕਟਰ ਦਰਜਾ ਪਹਿਲਾ..… — [1146, 1322, 1319, 1355]
list-item: Have Changed My Name From Nitilakshya To… — [570, 102, 748, 153]
pbl-notice-shriram-housing: ਪਬਲਿਕ ਨੋਟਿਸ ਜਨਰਲ ਪਬਲਿਕ ਨੂੰ ਸੂਚਿਤ ਕੀਤਾ ਜਾ… — [1334, 65, 1512, 519]
list-item: ☛ਮੈਂ ਸੁਰਿੰਦਰ ਸਿੰਘ ਪੁੱਤਰ ਗੁਰਦੇਵ ਸਿੰਘ ਵਾਸੀ… — [767, 711, 1124, 750]
list-item: ☛ਮੈਂ Monu ਪੁੱਤਰ ਪਰਮਜੀਤ ਕੁਮਾਰ ਵਾਸੀ ਪਿੰਡ ਬ… — [189, 443, 365, 502]
list-item: ☛I Gurmeet Singh Sidhu S/o Avtar Singh R… — [570, 1485, 748, 1551]
list-item: ☛ਮੈਂ ਰੇਖਾ ਸ਼ਰਮਾ ਪਤਨੀ ਰਾਮ ਪ੍ਰਸਾਦ ਵਾਸੀ 33-… — [385, 361, 563, 435]
name-change-left-col2: ☛ਮੈਂ ਤ੍ਰਿਪਤਾ ਰਾਣੀ ਅਰੋੜਾ ਪਤਨੀ ਸਤੀਸ਼ ਕੁਮਾਰ… — [189, 209, 365, 1769]
pointing-hand-icon: ☛ — [767, 459, 776, 471]
list-item: ☛ਮੈਂ ਸ਼ੁਸ਼ੀਲ ਕੁਮਾਰ ਪੁੱਤਰ ਹਰਬੰਸ ਲਾਲ ਵਾਸੀ … — [189, 1634, 365, 1712]
pointing-hand-icon: ☛ — [6, 974, 15, 986]
pointing-hand-icon: ☛ — [6, 564, 15, 575]
pointing-hand-icon: ☛ — [570, 156, 580, 168]
pointing-hand-icon: ☛ — [767, 932, 776, 944]
pointing-hand-icon: ☛ — [767, 1030, 776, 1042]
pointing-hand-icon: ☛ — [6, 1383, 15, 1395]
list-item: ☛ਮੈਂ ਅਨੀਤਾ ਪਤਨੀ ਭੂਸ਼ਨ ਕੁਮਾਰ ਵਾਸੀ ਐਨ-ਬੀ-3… — [385, 102, 563, 176]
pointing-hand-icon: ☛ — [570, 958, 580, 970]
pointing-hand-icon: ☛ — [570, 378, 580, 389]
list-item: ☛ਮੈਂ ਗੁਰਪ੍ਰੀਤ ਸਿੰਘ ਪੁੱਤਰ ਬਿਕਰਮ ਸਿੰਘ ਵਾਸੀ… — [6, 853, 181, 912]
pointing-hand-icon: ☛ — [570, 275, 580, 287]
notice-body: ਬ ਅਦਾਲਤ ਸ਼੍ਰੀ ਸਹਾਇਕ ਕੁਲੈਕਟਰ ਦਰਜਾ ਪਹਿਲਾ..… — [1146, 2055, 1319, 2077]
list-item: ☛ਮੈਂ ਗੁਲਸ਼ਨ ਕੁਮਾਰ ਪੁੱਤਰ ਸੋਹਨ ਲਾਲ ਵਾਸੀ ਮਕ… — [767, 337, 1124, 396]
notice-signature: ਜਤਿੰਦਰ ਵਰਮਾ ਐਡਵੋਕੇਟ, ਚੈਂਬਰ ਨੰ: 377, ਦੂਜੀ… — [1343, 421, 1503, 460]
pointing-hand-icon: ☛ — [767, 675, 776, 687]
pointing-hand-icon: ☛ — [385, 512, 395, 524]
pointing-hand-icon: ☛ — [767, 834, 776, 846]
pointing-hand-icon: ☛ — [6, 1481, 15, 1493]
list-item: ☛ਮੈਂ ਰਾਜੀਵ ਕੁਮਾਰ ਪੁੱਤਰ ਸੁਭਾਸ਼ ਚੰਦਰ ਵਾਸੀ … — [189, 1478, 365, 1556]
pointing-hand-icon: ☛ — [189, 1482, 199, 1494]
pointing-hand-icon: ☛ — [6, 915, 15, 927]
pointing-hand-icon: ☛ — [385, 179, 395, 191]
newspaper-logo: ਪਹਿਰੇਦਾਰ — [1292, 6, 1457, 57]
pointing-hand-icon: ☛ — [385, 1207, 395, 1219]
pointing-hand-icon: ☛ — [189, 447, 199, 459]
public-notice-doda-court: Public Notice ਬ ਅਦਾਲਤ ਜਨਾਬ ਸ਼੍ਰੀ ਬਲਜਿੰਦਰ… — [1334, 1777, 1512, 2311]
list-item: ☛I, Siddharth Kumar s/o Jadu Chandan R/o… — [570, 1144, 748, 1246]
pointing-hand-icon: ☛ — [387, 2017, 396, 2029]
